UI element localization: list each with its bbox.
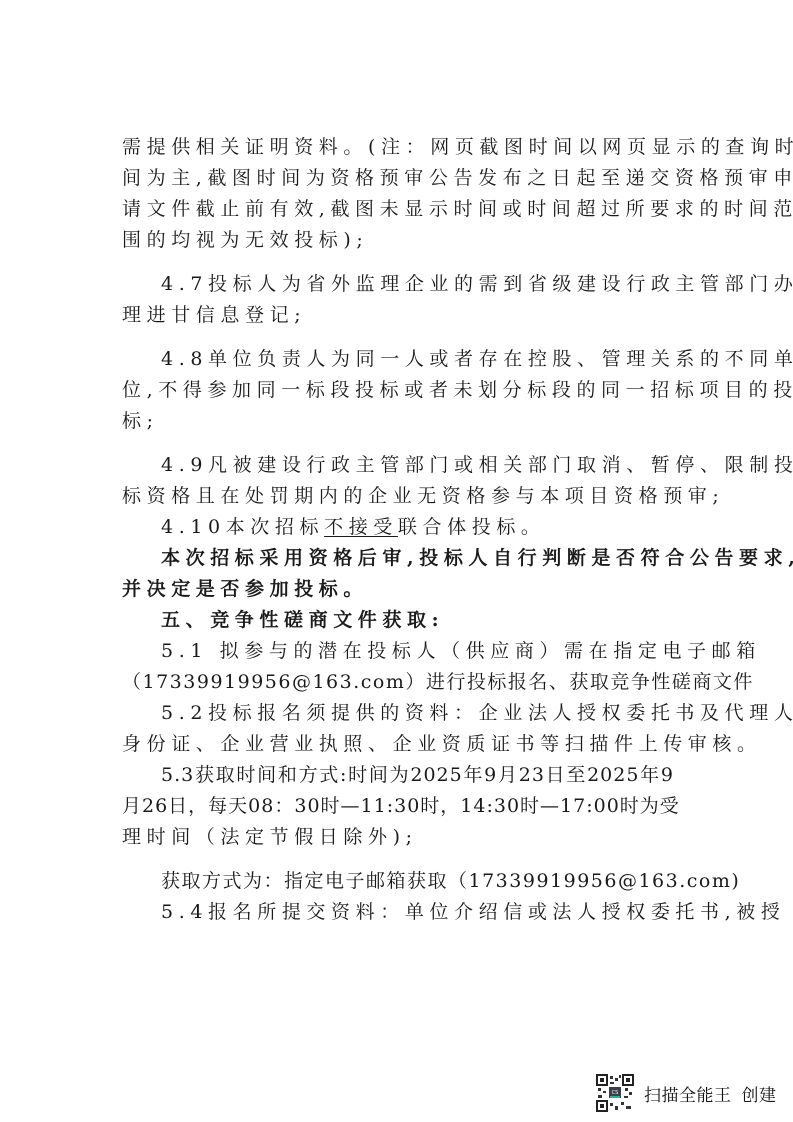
text-line: 理时间（法定节假日除外); <box>122 825 674 849</box>
bold-notice: 本次招标采用资格后审,投标人自行判断是否符合公告要求, <box>161 546 674 570</box>
watermark-action: 创建 <box>742 1086 777 1106</box>
text-line: 身份证、企业营业执照、企业资质证书等扫描件上传审核。 <box>122 732 674 756</box>
qr-code-icon: CS <box>596 1074 634 1112</box>
underlined-text: 不接受 <box>324 516 398 538</box>
text-line: 理进甘信息登记; <box>122 303 674 327</box>
clause-4-8: 4.8单位负责人为同一人或者存在控股、管理关系的不同单 <box>161 347 674 371</box>
text-line: 位,不得参加同一标段投标或者未划分标段的同一招标项目的投 <box>122 378 674 402</box>
acquisition-method: 获取方式为：指定电子邮箱获取（17339919956@163.com) <box>161 869 674 893</box>
bold-notice: 并决定是否参加投标。 <box>122 577 674 601</box>
text-line: 标; <box>122 409 674 433</box>
clause-5-2: 5.2投标报名须提供的资料：企业法人授权委托书及代理人 <box>161 701 674 725</box>
brand-name: 扫描全能王 <box>644 1086 732 1106</box>
clause-4-10: 4.10本次招标不接受联合体投标。 <box>161 515 674 539</box>
watermark-label: 扫描全能王创建 <box>644 1081 777 1106</box>
clause-5-3: 5.3获取时间和方式:时间为2025年9月23日至2025年9 <box>161 763 674 787</box>
clause-4-7: 4.7投标人为省外监理企业的需到省级建设行政主管部门办 <box>161 272 674 296</box>
text-line: 标资格且在处罚期内的企业无资格参与本项目资格预审; <box>122 484 674 508</box>
clause-4-10-prefix: 4.10本次招标 <box>161 516 324 538</box>
svg-text:CS: CS <box>612 1090 619 1096</box>
text-line: （17339919956@163.com）进行投标报名、获取竞争性磋商文件 <box>122 670 674 694</box>
text-line: 需提供相关证明资料。(注：网页截图时间以网页显示的查询时 <box>122 135 674 159</box>
text-line: 月26日，每天08：30时—11:30时，14:30时—17:00时为受 <box>122 794 674 818</box>
clause-4-9: 4.9凡被建设行政主管部门或相关部门取消、暂停、限制投 <box>161 453 674 477</box>
scanner-watermark: CS 扫描全能王创建 <box>596 1073 777 1113</box>
clause-4-10-suffix: 联合体投标。 <box>398 516 546 538</box>
clause-5-1: 5.1 拟参与的潜在投标人（供应商）需在指定电子邮箱 <box>161 639 674 663</box>
document-page: 需提供相关证明资料。(注：网页截图时间以网页显示的查询时 间为主,截图时间为资格… <box>0 0 793 1122</box>
clause-5-4: 5.4报名所提交资料：单位介绍信或法人授权委托书,被授 <box>161 900 674 924</box>
section-heading-5: 五、竞争性磋商文件获取: <box>161 608 674 632</box>
text-line: 间为主,截图时间为资格预审公告发布之日起至递交资格预审申 <box>122 166 674 190</box>
text-line: 请文件截止前有效,截图未显示时间或时间超过所要求的时间范 <box>122 197 674 221</box>
text-line: 围的均视为无效投标); <box>122 228 674 252</box>
